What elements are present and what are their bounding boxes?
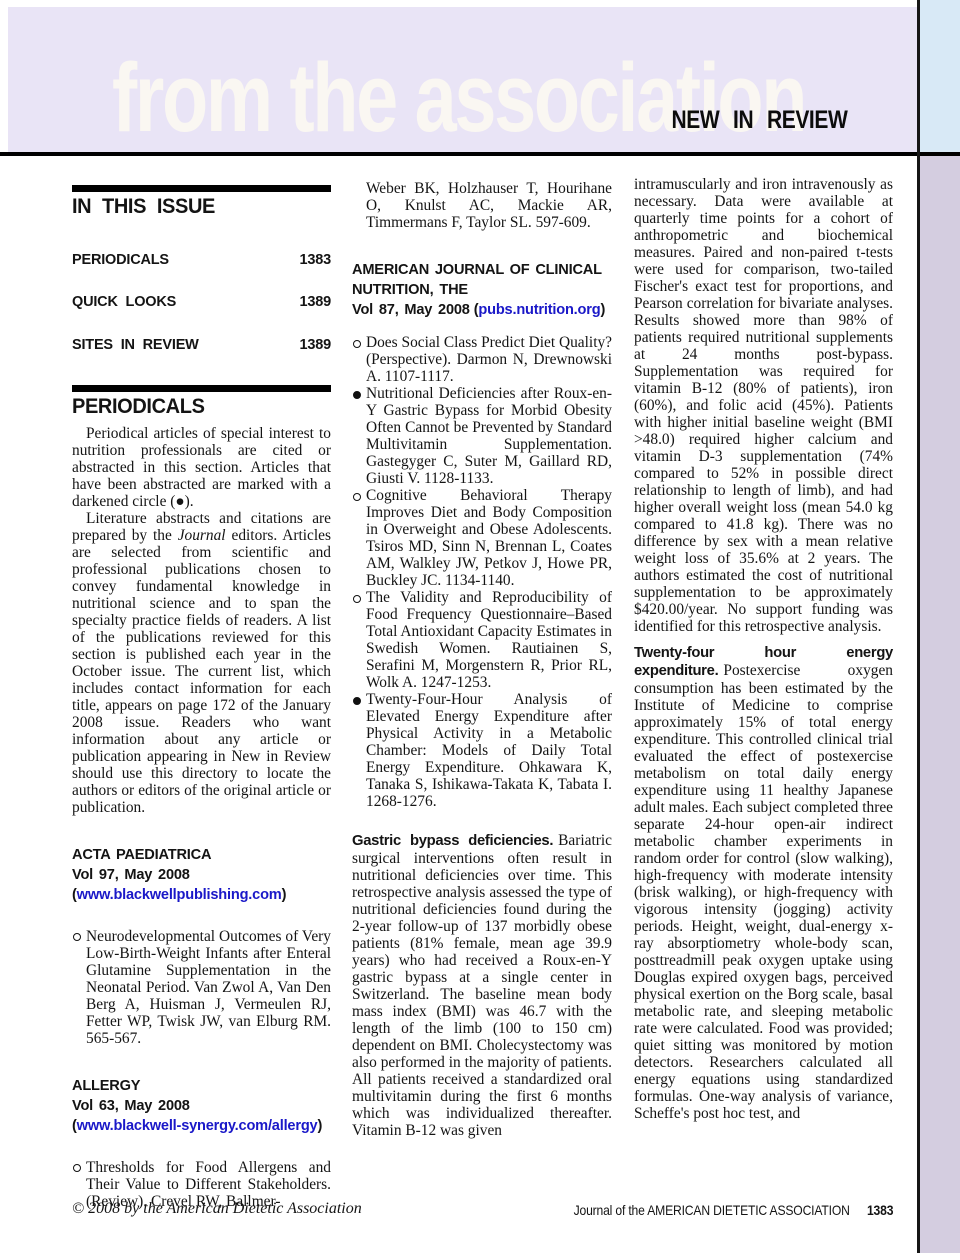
citation-text: Nutritional Deficiencies after Roux-en-Y… (366, 385, 612, 487)
journal-name-line1: AMERICAN JOURNAL OF CLINICAL (352, 260, 612, 280)
toc-entry-label: SITES IN REVIEW (72, 338, 199, 353)
citation-text: Does Social Class Predict Diet Quality? … (366, 334, 612, 385)
bullet-marker-icon (353, 340, 361, 348)
footer-copyright: © 2008 by the American Dietetic Associat… (72, 1200, 362, 1218)
toc-entry-sites-in-review: SITES IN REVIEW 1389 (72, 338, 331, 353)
journal-url-line: (www.blackwell-synergy.com/allergy) (72, 1116, 331, 1136)
periodicals-intro-paragraph-2: Literature abstracts and citations are p… (72, 510, 331, 816)
citation-item: Nutritional Deficiencies after Roux-en-Y… (352, 385, 612, 487)
bullet-marker-icon (353, 493, 361, 501)
journal-page: from the association NEW IN REVIEW IN TH… (0, 0, 960, 1260)
header-rule (0, 152, 960, 156)
toc-entry-page: 1389 (300, 295, 331, 310)
edge-band-top (920, 0, 960, 152)
citation-text: Cognitive Behavioral Therapy Improves Di… (366, 487, 612, 589)
footer-journal-line: Journal of the AMERICAN DIETETIC ASSOCIA… (573, 1203, 893, 1218)
journal-name: ALLERGY (72, 1076, 331, 1096)
journal-heading-ajcn: AMERICAN JOURNAL OF CLINICAL NUTRITION, … (352, 260, 612, 320)
journal-name-line2: NUTRITION, THE (352, 280, 612, 300)
journal-url-link[interactable]: www.blackwellpublishing.com (77, 887, 282, 903)
citation-text: Neurodevelopmental Outcomes of Very Low-… (86, 928, 331, 1047)
edge-vertical-rule (917, 0, 920, 1253)
citation-continuation: Weber BK, Holzhauser T, Hourihane O, Knu… (352, 180, 612, 231)
citation-text: The Validity and Reproducibility of Food… (366, 589, 612, 691)
abstract-continuation: intramuscularly and iron intravenously a… (634, 176, 893, 635)
section-rule (72, 385, 331, 392)
journal-name: ACTA PAEDIATRICA (72, 845, 331, 865)
footer-page-number: 1383 (867, 1203, 893, 1218)
bullet-marker-icon (353, 595, 361, 603)
journal-url-line: (www.blackwellpublishing.com) (72, 885, 331, 905)
bullet-marker-icon (353, 697, 361, 705)
journal-heading-allergy: ALLERGY Vol 63, May 2008 (www.blackwell-… (72, 1076, 331, 1136)
toc-title: IN THIS ISSUE (72, 195, 313, 219)
edge-band-bottom (920, 156, 960, 1253)
footer-journal-name: AMERICAN DIETETIC ASSOCIATION (647, 1203, 849, 1218)
journal-url-link[interactable]: pubs.nutrition.org (478, 302, 600, 318)
abstract-text: Postexercise oxygen consumption has been… (634, 662, 893, 1122)
section-kicker: NEW IN REVIEW (671, 108, 847, 133)
toc-entry-page: 1383 (300, 253, 331, 268)
citation-item: Does Social Class Predict Diet Quality? … (352, 334, 612, 385)
citation-item: Neurodevelopmental Outcomes of Very Low-… (72, 928, 331, 1047)
toc-entry-periodicals: PERIODICALS 1383 (72, 253, 331, 268)
citation-item: Twenty-Four-Hour Analysis of Elevated En… (352, 691, 612, 810)
journal-heading-acta-paediatrica: ACTA PAEDIATRICA Vol 97, May 2008 (www.b… (72, 845, 331, 905)
citation-text: Twenty-Four-Hour Analysis of Elevated En… (366, 691, 612, 810)
abstract-heading: Gastric bypass deficiencies. (352, 833, 553, 849)
journal-volume: Vol 63, May 2008 (72, 1096, 331, 1116)
toc-entry-quick-looks: QUICK LOOKS 1389 (72, 295, 331, 310)
citation-list: Neurodevelopmental Outcomes of Very Low-… (72, 928, 331, 1047)
abstract-gastric-bypass: Gastric bypass deficiencies.Bariatric su… (352, 832, 612, 1139)
header-banner: from the association NEW IN REVIEW (8, 7, 917, 152)
bullet-marker-icon (353, 391, 361, 399)
journal-volume-line: Vol 87, May 2008(pubs.nutrition.org) (352, 300, 612, 320)
abstract-text: Bariatric surgical interventions often r… (352, 832, 612, 1139)
journal-word-italic: Journal (178, 527, 226, 544)
journal-volume: Vol 97, May 2008 (72, 865, 331, 885)
column-middle: Weber BK, Holzhauser T, Hourihane O, Knu… (352, 176, 612, 1139)
citation-list: Does Social Class Predict Diet Quality? … (352, 334, 612, 810)
periodicals-title: PERIODICALS (72, 395, 313, 419)
citation-item: Cognitive Behavioral Therapy Improves Di… (352, 487, 612, 589)
journal-url-link[interactable]: www.blackwell-synergy.com/allergy (77, 1118, 318, 1134)
footer-journal-prefix: Journal of the (573, 1203, 644, 1218)
column-right: intramuscularly and iron intravenously a… (634, 176, 893, 1122)
column-left: IN THIS ISSUE PERIODICALS 1383 QUICK LOO… (72, 176, 331, 1210)
bullet-marker-icon (73, 933, 81, 941)
toc-entry-page: 1389 (300, 338, 331, 353)
section-rule (72, 185, 331, 192)
journal-volume: Vol 87, May 2008 (352, 302, 470, 318)
citation-item: The Validity and Reproducibility of Food… (352, 589, 612, 691)
periodicals-intro-paragraph-1: Periodical articles of special interest … (72, 425, 331, 510)
toc-entry-label: PERIODICALS (72, 253, 169, 268)
abstract-energy-expenditure: Twenty-four hour energy expenditure.Post… (634, 644, 893, 1122)
bullet-marker-icon (73, 1164, 81, 1172)
toc-entry-label: QUICK LOOKS (72, 295, 176, 310)
